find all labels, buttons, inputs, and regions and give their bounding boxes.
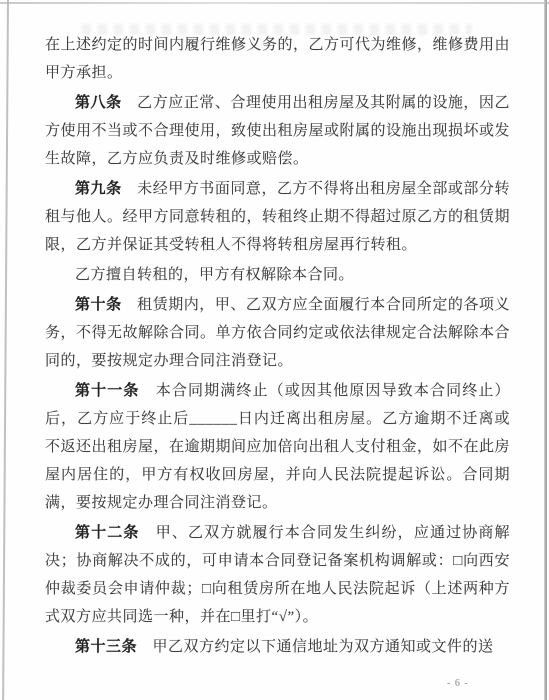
- paragraph: 第八条 乙方应正常、合理使用出租房屋及其附属的设施，因乙方使用不当或不合理使用，…: [45, 89, 510, 173]
- document-body: 在上述约定的时间内履行维修义务的，乙方可代为维修，维修费用由甲方承担。第八条 乙…: [45, 31, 510, 663]
- article-number: 第八条: [75, 95, 122, 111]
- paragraph-text: 本合同期满终止（或因其他原因导致本合同终止）后，乙方应于终止后______日内迁…: [45, 383, 510, 511]
- scan-border-right: [544, 0, 547, 700]
- paragraph: 第十二条 甲、乙双方就履行本合同发生纠纷，应通过协商解决；协商解决不成的，可申请…: [45, 519, 510, 631]
- page-number: - 6 -: [447, 678, 469, 689]
- paragraph-text: 甲乙双方约定以下通信地址为双方通知或文件的送: [153, 639, 494, 655]
- contract-page: 在上述约定的时间内履行维修义务的，乙方可代为维修，维修费用由甲方承担。第八条 乙…: [0, 0, 549, 700]
- paragraph: 乙方擅自转租的，甲方有权解除本合同。: [45, 261, 510, 289]
- paragraph: 第十条 租赁期内，甲、乙双方应全面履行本合同所定的各项义务，不得无故解除合同。单…: [45, 291, 510, 375]
- paragraph: 在上述约定的时间内履行维修义务的，乙方可代为维修，维修费用由甲方承担。: [45, 31, 510, 87]
- scan-border-left: [2, 0, 9, 700]
- paragraph: 第十一条 本合同期满终止（或因其他原因导致本合同终止）后，乙方应于终止后____…: [45, 377, 510, 517]
- article-number: 第十一条: [75, 383, 140, 399]
- paragraph: 第九条 未经甲方书面同意，乙方不得将出租房屋全部或部分转租与他人。经甲方同意转租…: [45, 175, 510, 259]
- article-number: 第十三条: [75, 639, 137, 655]
- paragraph: 第十三条 甲乙双方约定以下通信地址为双方通知或文件的送: [45, 633, 510, 661]
- scanned-contract-page: { "page": { "number_label": "- 6 -", "co…: [0, 0, 549, 700]
- article-number: 第十二条: [75, 525, 140, 541]
- scan-border-top: [0, 2, 549, 4]
- paragraph-text: 在上述约定的时间内履行维修义务的，乙方可代为维修，维修费用由甲方承担。: [45, 37, 510, 81]
- article-number: 第十条: [75, 297, 122, 313]
- paragraph-text: 乙方擅自转租的，甲方有权解除本合同。: [75, 267, 354, 283]
- article-number: 第九条: [75, 181, 122, 197]
